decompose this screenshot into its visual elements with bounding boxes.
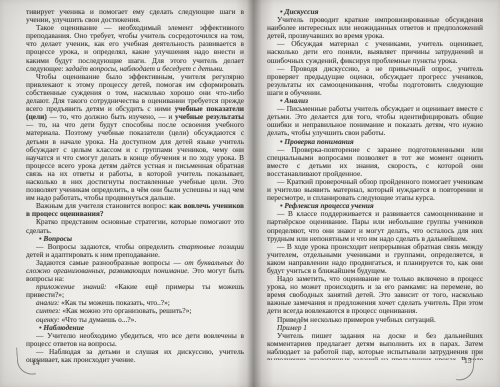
paragraph: Чтобы оценивание было эффективным, учите… — [26, 73, 244, 203]
text-run: — В ходе урока происходит непрерывная об… — [267, 242, 483, 275]
page-right-text: • ДискуссияУчитель проводит краткие импр… — [267, 8, 483, 360]
text-run: — Обсуждая материал с учениками, учитель… — [267, 39, 483, 64]
paragraph: приложение знаний: «Какие ещё примеры ты… — [26, 283, 244, 299]
text-run: — Письменные работы учитель обсуждает и … — [267, 104, 483, 137]
paragraph: — В ходе урока происходит непрерывная об… — [267, 243, 483, 275]
paragraph: Надо заметить, что оценивание не только … — [267, 275, 483, 315]
text-run: Надо заметить, что оценивание не только … — [267, 274, 483, 315]
text-run: — то, на что дети будут способны после о… — [26, 120, 244, 202]
paragraph: — Проводя дискуссию, а не привычный опро… — [267, 65, 483, 97]
paragraph: — Учителю необходимо убедиться, что все … — [26, 332, 244, 348]
text-run: Учитель проводит краткие импровизированн… — [267, 15, 483, 40]
text-run: Учитель пишет задания на доске и без дал… — [267, 331, 483, 360]
book-spread-photo: тивирует ученика и помогает ему сделать … — [0, 0, 500, 387]
paragraph: Кратко представим основные стратегии, ко… — [26, 218, 244, 234]
text-run: — Краткий проверочный обзор пройденного … — [267, 177, 483, 202]
text-run: — В классе поддерживается и развивается … — [267, 209, 483, 242]
paragraph: — Проверка-повторение с заранее подготов… — [267, 146, 483, 178]
page-left-text: тивирует ученика и помогает ему сделать … — [26, 8, 244, 364]
text-run: — Наблюдая за отдельными детьми по намеч… — [26, 363, 244, 364]
paragraph: — Наблюдая за детьми и слушая их дискусс… — [26, 348, 244, 364]
text-run: тивирует ученика и помогает ему сделать … — [26, 8, 244, 24]
paragraph: — Обсуждая материал с учениками, учитель… — [267, 40, 483, 64]
page-number-right: 15 — [464, 356, 472, 365]
paragraph: тивирует ученика и помогает ему сделать … — [26, 8, 244, 24]
paragraph: Такое оценивание — необходимый элемент э… — [26, 24, 244, 73]
text-run: — Наблюдая за детьми и слушая их дискусс… — [26, 347, 244, 364]
text-run: — Проводя дискуссию, а не привычный опро… — [267, 64, 483, 97]
text-run: Кратко представим основные стратегии, ко… — [26, 217, 244, 234]
paragraph: — Вопросы задаются, чтобы определить ста… — [26, 243, 244, 259]
paragraph: Задаются самые разнообразные вопросы — о… — [26, 259, 244, 283]
paragraph: Учитель проводит краткие импровизированн… — [267, 16, 483, 40]
text-run: стартовые позиции — [178, 242, 244, 251]
page-number-left: 14 — [32, 358, 40, 367]
text-run: — Учителю необходимо убедиться, что все … — [26, 331, 244, 348]
paragraph: — Краткий проверочный обзор пройденного … — [267, 178, 483, 202]
text-run: — Проверка-повторение с заранее подготов… — [267, 145, 483, 178]
paragraph: Важным для учителя становится вопрос: ка… — [26, 202, 244, 218]
paragraph: — Письменные работы учитель обсуждает и … — [267, 105, 483, 137]
paragraph: Учитель пишет задания на доске и без дал… — [267, 332, 483, 360]
paragraph: — В классе поддерживается и развивается … — [267, 210, 483, 242]
